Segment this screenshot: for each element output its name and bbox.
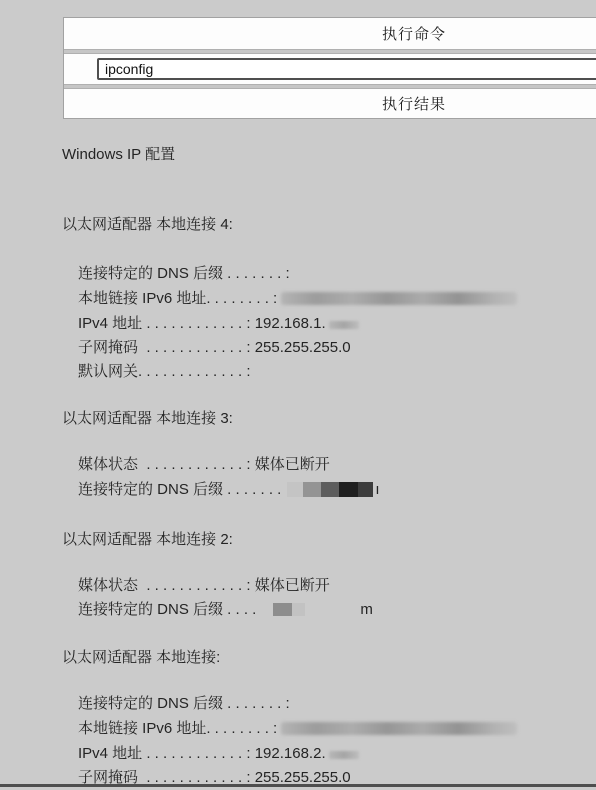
default-gateway-row: 默认网关. . . . . . . . . . . . . : [78,363,251,380]
redacted-ipv6-value [281,292,517,305]
redacted-dns-mosaic [287,482,373,497]
section-header-lan3: 以太网适配器 本地连接 3: [62,410,233,427]
redacted-ipv4-octet [329,321,359,329]
section-header-lan4: 以太网适配器 本地连接 4: [62,216,233,233]
redacted-dns-block [273,603,305,616]
subnet-mask-row: 子网掩码 . . . . . . . . . . . . : 255.255.2… [78,339,351,356]
execute-command-header: 执行命令 [64,18,596,49]
execute-command-label: 执行命令 [382,23,446,44]
subnet-value: 255.255.255.0 [251,339,351,356]
redacted-ipv6-value [281,722,517,735]
ipv4-address-row: IPv4 地址 . . . . . . . . . . . . : 192.16… [78,745,359,762]
dns-suffix-row: 连接特定的 DNS 后缀 . . . . . . . ı [78,481,380,498]
media-state-value: 媒体已断开 [251,456,330,473]
execute-result-header: 执行结果 [64,89,596,118]
ipv4-value: 192.168.2. [251,745,326,762]
ipv6-address-row: 本地链接 IPv6 地址. . . . . . . . : [78,720,517,737]
command-input[interactable] [97,58,596,80]
result-title: Windows IP 配置 [62,146,175,163]
dns-tail-glyph: ı [375,481,379,498]
execute-result-label: 执行结果 [382,93,446,114]
dns-suffix-row: 连接特定的 DNS 后缀 . . . . . . . : [78,265,290,282]
redacted-ipv4-octet [329,751,359,759]
command-panel: 执行命令 执行结果 [63,17,596,119]
section-header-lan: 以太网适配器 本地连接: [62,649,220,666]
dns-tail-glyph: m [360,601,373,618]
ipv4-value: 192.168.1. [251,315,326,332]
dns-suffix-row: 连接特定的 DNS 后缀 . . . . . . . : [78,695,290,712]
ipv6-address-row: 本地链接 IPv6 地址. . . . . . . . : [78,290,517,307]
section-header-lan2: 以太网适配器 本地连接 2: [62,531,233,548]
media-state-row: 媒体状态 . . . . . . . . . . . . : 媒体已断开 [78,456,330,473]
dns-suffix-row: 连接特定的 DNS 后缀 . . . . m [78,601,373,618]
bottom-divider [0,784,596,787]
command-input-row [64,54,596,84]
media-state-value: 媒体已断开 [251,577,330,594]
media-state-row: 媒体状态 . . . . . . . . . . . . : 媒体已断开 [78,577,330,594]
ipv4-address-row: IPv4 地址 . . . . . . . . . . . . : 192.16… [78,315,359,332]
